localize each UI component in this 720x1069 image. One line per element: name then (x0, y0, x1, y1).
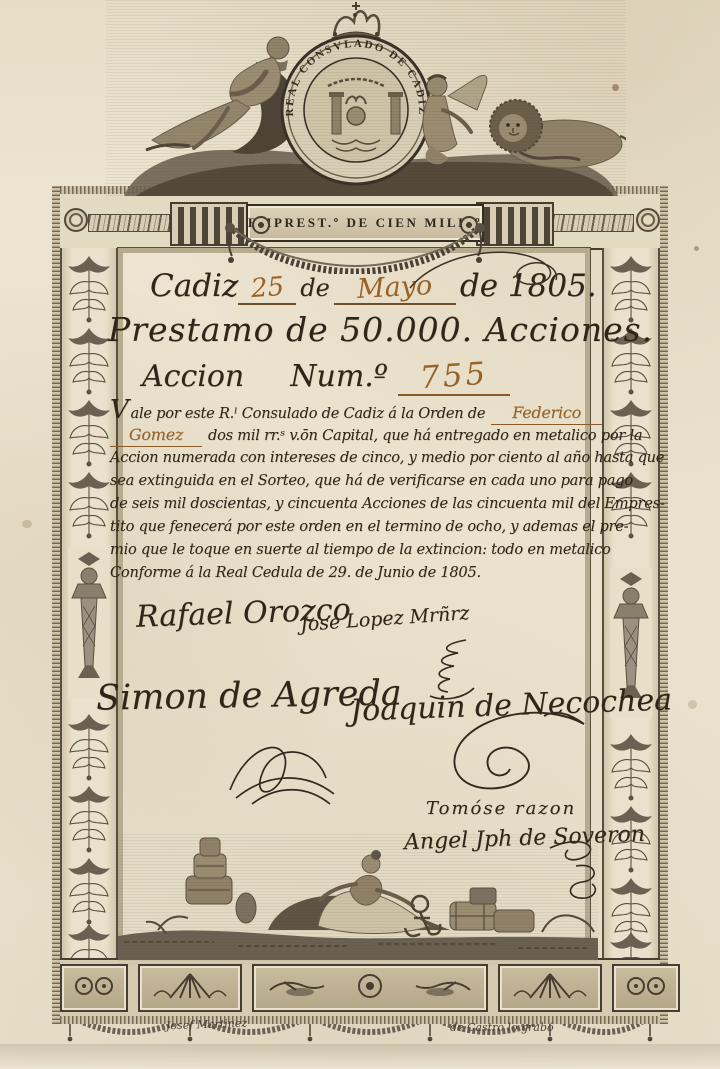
body-line: Conforme á la Real Cedula de 29. de Juni… (110, 561, 602, 584)
accion-label: Accion (142, 359, 244, 394)
cherub-figure (423, 75, 487, 164)
city-label: Cadiz (150, 268, 238, 304)
crest-medallion: REAL CONSVLADO DE CADIZ (282, 36, 430, 184)
body-line-text: Accion numerada con intereses de cinco, … (110, 446, 664, 469)
left-ornament-column (60, 248, 118, 958)
body-line: Gomezdos mil rr.ˢ v.ōn Capital, que há e… (110, 423, 602, 446)
river-god-figure (146, 37, 297, 154)
frame-hatch-right (660, 186, 668, 1024)
accion-number: 755 (419, 356, 490, 397)
pen-flourish-icon (406, 248, 566, 290)
ground (118, 931, 598, 960)
body-line: Vale por este R.ˡ Consulado de Cadiz á l… (110, 400, 602, 423)
day-slot: 25 (238, 273, 296, 305)
accion-number-slot: 755 (398, 358, 510, 396)
frieze-trophy-panel (252, 964, 488, 1012)
header-foliage-band (88, 214, 170, 232)
frieze-anthemion-panel (138, 964, 242, 1012)
body-line-text: de seis mil doscientas, y cincuenta Acci… (110, 492, 665, 515)
dateline: Cadiz 25 de Mayo de 1805. (150, 268, 597, 316)
payee-last-name: Gomez (110, 423, 202, 447)
accion-line: Accion Num.º 755 (142, 358, 510, 396)
body-paragraph: Vale por este R.ˡ Consulado de Cadiz á l… (110, 400, 602, 584)
frieze-anthemion-panel (498, 964, 602, 1012)
body-line: tito que fenecerá por este orden en el t… (110, 515, 602, 538)
right-ornament-column (602, 248, 660, 958)
rubric-flourish-icon (540, 838, 604, 904)
paper-edge-shadow (0, 1044, 720, 1069)
paper-stain (694, 246, 699, 251)
spiral-flourish-icon (418, 710, 590, 798)
body-line: de seis mil doscientas, y cincuenta Acci… (110, 492, 602, 515)
top-vignette: REAL CONSVLADO DE CADIZ (106, 0, 626, 196)
paper-stain (22, 520, 32, 528)
knot-flourish-icon (222, 728, 344, 810)
day-value: 25 (250, 272, 285, 304)
body-line: Accion numerada con intereses de cinco, … (110, 446, 602, 469)
corner-volute-icon (64, 208, 88, 232)
bottom-vignette (118, 834, 598, 964)
frieze-mask-panel (60, 964, 128, 1012)
frame-hatch-left (52, 186, 60, 1024)
header-foliage-band (552, 214, 634, 232)
paper-stain (688, 700, 697, 709)
triglyph-block-right (476, 202, 554, 246)
tomose-razon-label: Tomóse razon (426, 798, 576, 819)
frame-hatch-bottom (52, 1016, 668, 1024)
body-line-text: dos mil rr.ˢ v.ōn Capital, que há entreg… (208, 424, 642, 447)
title-line: Prestamo de 50.000. Acciones. (108, 310, 653, 349)
frieze-mask-panel (612, 964, 680, 1012)
body-line-text: Conforme á la Real Cedula de 29. de Juni… (110, 561, 481, 584)
body-line-text: sea extinguida en el Sorteo, que há de v… (110, 469, 633, 492)
ornate-initial: V (110, 400, 129, 420)
num-label: Num.º (290, 359, 388, 394)
body-line-text: tito que fenecerá por este orden en el t… (110, 515, 628, 538)
engraver-credit-right: de Castro lo grabó (450, 1021, 554, 1034)
goods-barrels-icon (146, 838, 256, 934)
bottom-frieze (60, 958, 660, 1016)
body-line-text: ale por este R.ˡ Consulado de Cadiz á la… (131, 402, 486, 425)
body-line: sea extinguida en el Sorteo, que há de v… (110, 469, 602, 492)
de-label: de (300, 274, 330, 302)
commerce-figure (268, 850, 450, 934)
caryatid-icon (68, 548, 110, 698)
certificate-paper: REAL CONSVLADO DE CADIZ (0, 0, 720, 1069)
corner-volute-icon (636, 208, 660, 232)
payee-first-name: Federico (491, 401, 602, 425)
body-line: mio que le toque en suerte al tiempo de … (110, 538, 602, 561)
body-line-text: mio que le toque en suerte al tiempo de … (110, 538, 611, 561)
